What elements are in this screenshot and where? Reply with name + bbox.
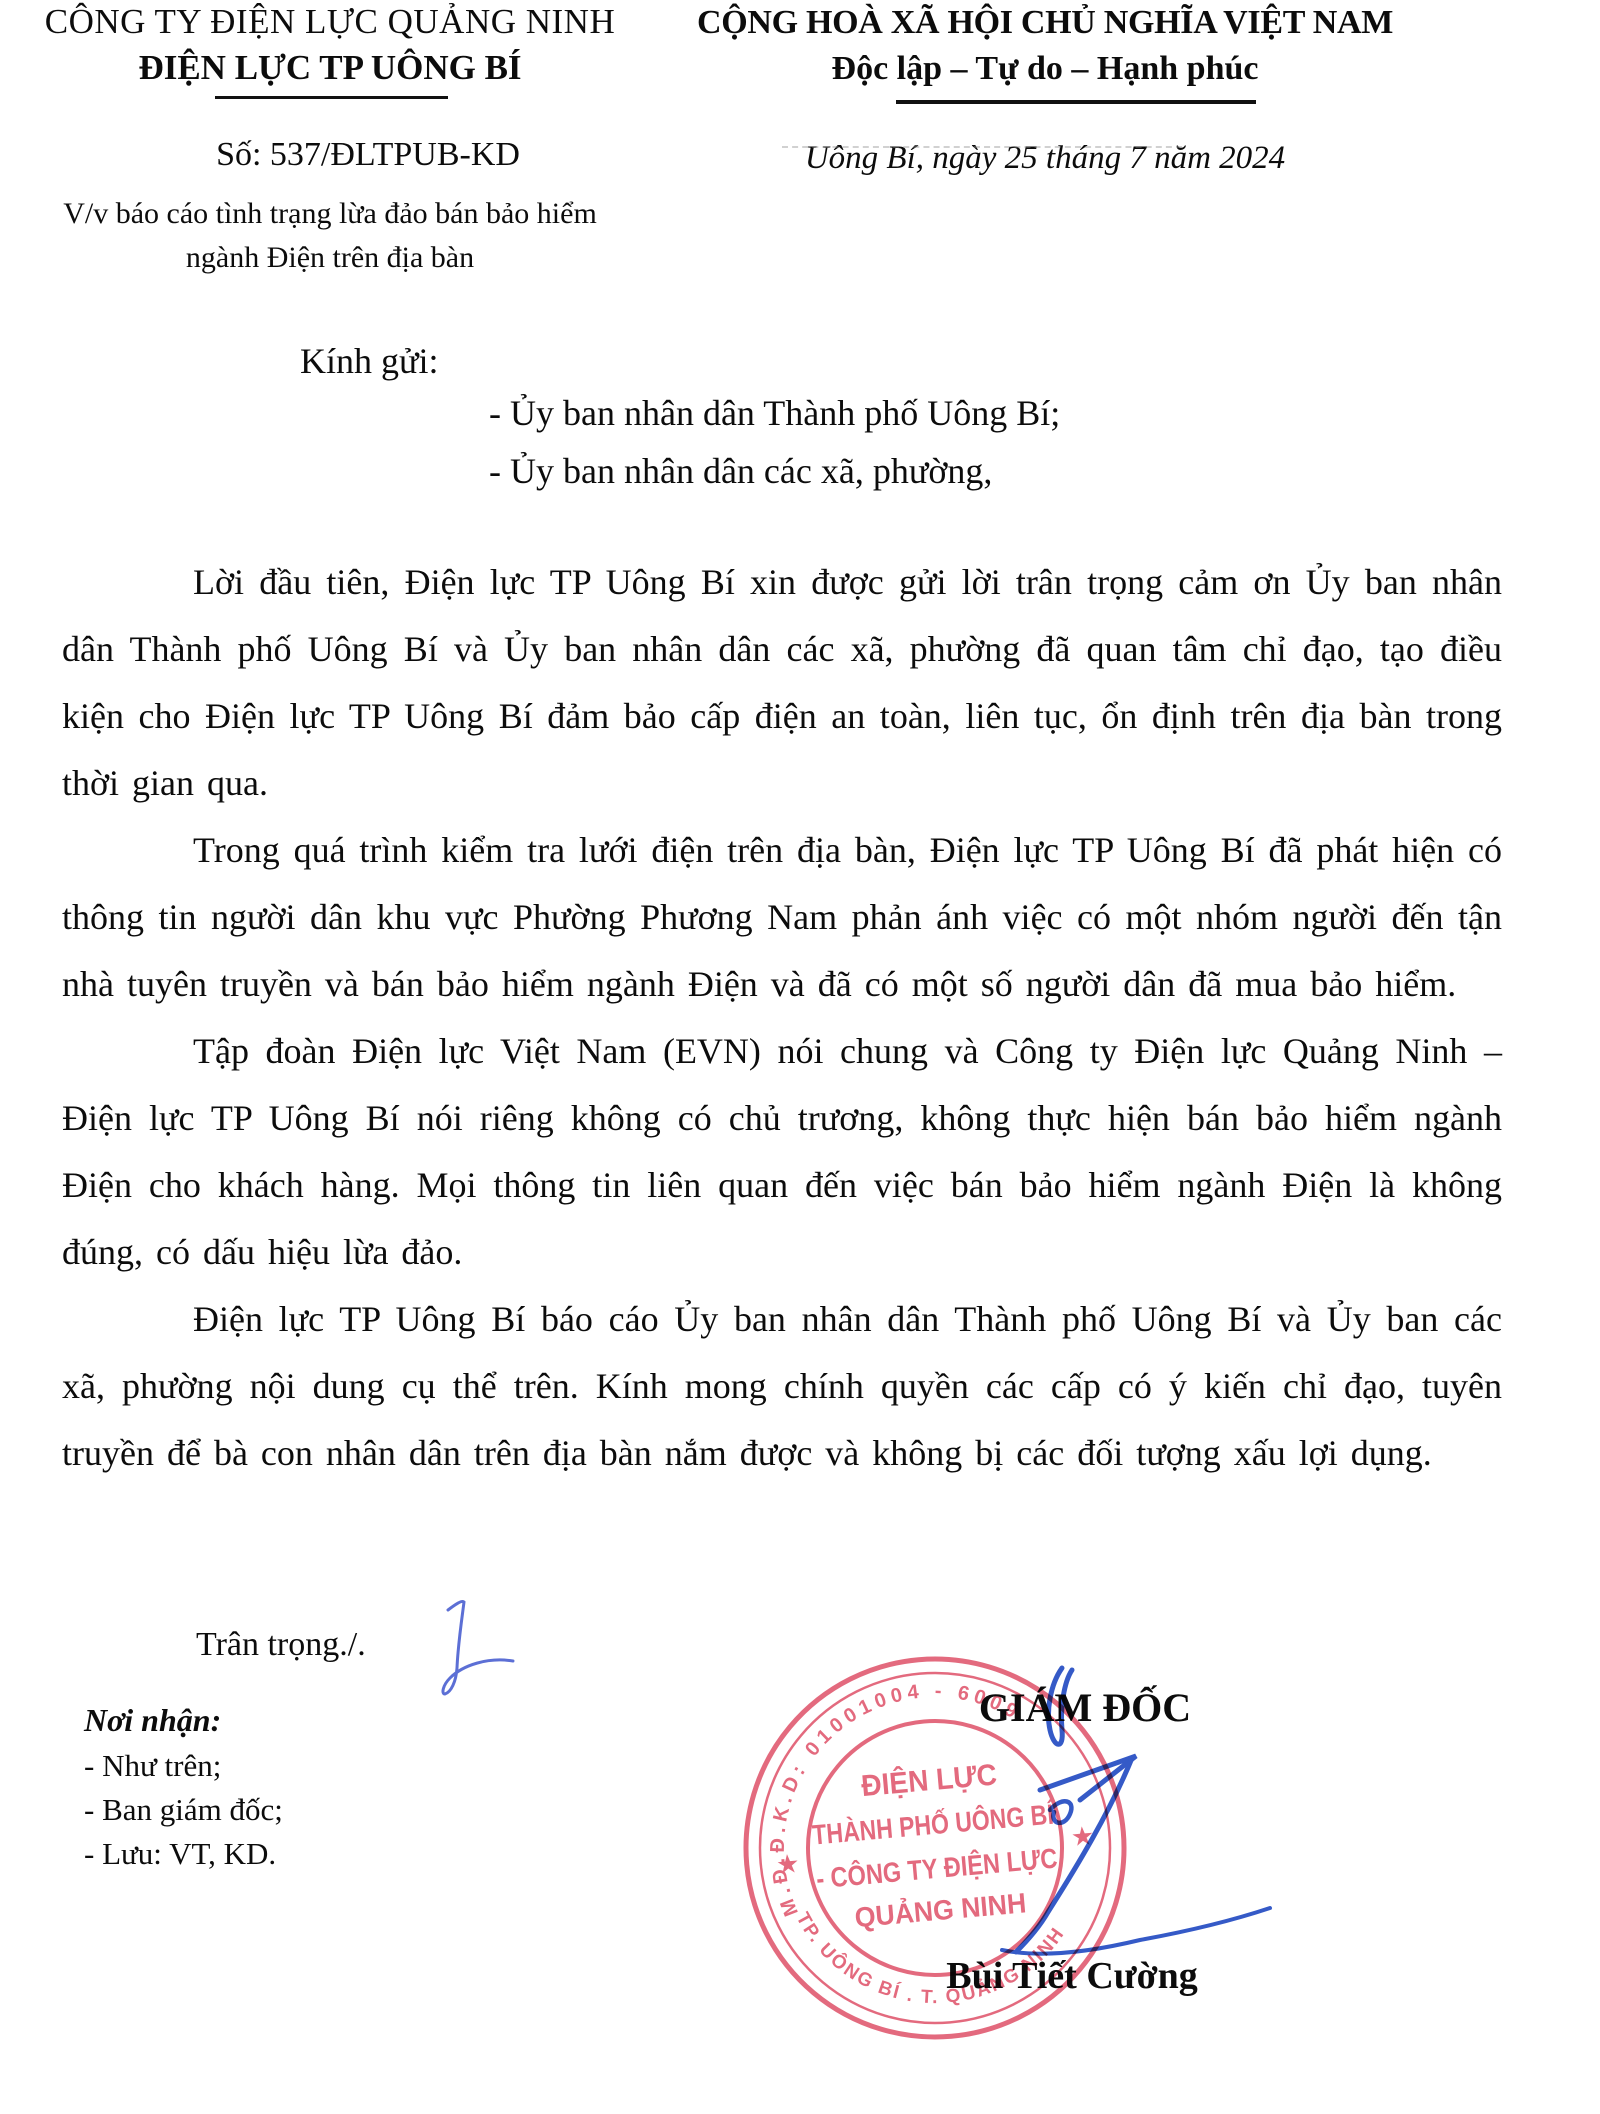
issuer-name: ĐIỆN LỰC TP UÔNG BÍ: [18, 48, 642, 88]
official-letter-page: CÔNG TY ĐIỆN LỰC QUẢNG NINH ĐIỆN LỰC TP …: [0, 0, 1600, 2114]
noi-nhan-item: - Ban giám đốc;: [84, 1788, 283, 1832]
subject-block: V/v báo cáo tình trạng lừa đảo bán bảo h…: [0, 192, 660, 280]
document-number: Số: 537/ĐLTPUB-KD: [18, 136, 718, 174]
subject-line-2: ngành Điện trên địa bàn: [0, 236, 660, 280]
national-motto-line1: CỘNG HOÀ XÃ HỘI CHỦ NGHĨA VIỆT NAM: [660, 4, 1430, 42]
noi-nhan-item: - Lưu: VT, KD.: [84, 1832, 283, 1876]
scan-artifact-dashes: [782, 146, 1182, 148]
recipient-list: - Ủy ban nhân dân Thành phố Uông Bí; - Ủ…: [489, 384, 1060, 500]
noi-nhan-label: Nơi nhận:: [84, 1702, 221, 1739]
subject-line-1: V/v báo cáo tình trạng lừa đảo bán bảo h…: [0, 192, 660, 236]
issuer-underline: [215, 96, 448, 99]
closing-phrase: Trân trọng./.: [196, 1626, 366, 1664]
body-paragraph-1: Lời đầu tiên, Điện lực TP Uông Bí xin đư…: [62, 549, 1502, 817]
handwritten-signature: [980, 1650, 1300, 1970]
issuer-parent-company: CÔNG TY ĐIỆN LỰC QUẢNG NINH: [18, 2, 642, 42]
salutation: Kính gửi:: [300, 340, 439, 382]
body-paragraph-3: Tập đoàn Điện lực Việt Nam (EVN) nói chu…: [62, 1018, 1502, 1286]
recipient-item: - Ủy ban nhân dân các xã, phường,: [489, 442, 1060, 500]
recipient-item: - Ủy ban nhân dân Thành phố Uông Bí;: [489, 384, 1060, 442]
national-motto-line2: Độc lập – Tự do – Hạnh phúc: [660, 50, 1430, 88]
body-paragraph-2: Trong quá trình kiểm tra lưới điện trên …: [62, 817, 1502, 1018]
letter-body: Lời đầu tiên, Điện lực TP Uông Bí xin đư…: [62, 549, 1502, 1487]
body-paragraph-4: Điện lực TP Uông Bí báo cáo Ủy ban nhân …: [62, 1286, 1502, 1487]
pen-tick-mark: [430, 1588, 540, 1718]
stamp-center-line1: ĐIỆN LỰC: [860, 1757, 998, 1803]
motto-underline: [896, 100, 1256, 104]
noi-nhan-list: - Như trên; - Ban giám đốc; - Lưu: VT, K…: [84, 1744, 283, 1876]
stamp-left-star-icon: ★: [775, 1849, 801, 1880]
noi-nhan-item: - Như trên;: [84, 1744, 283, 1788]
